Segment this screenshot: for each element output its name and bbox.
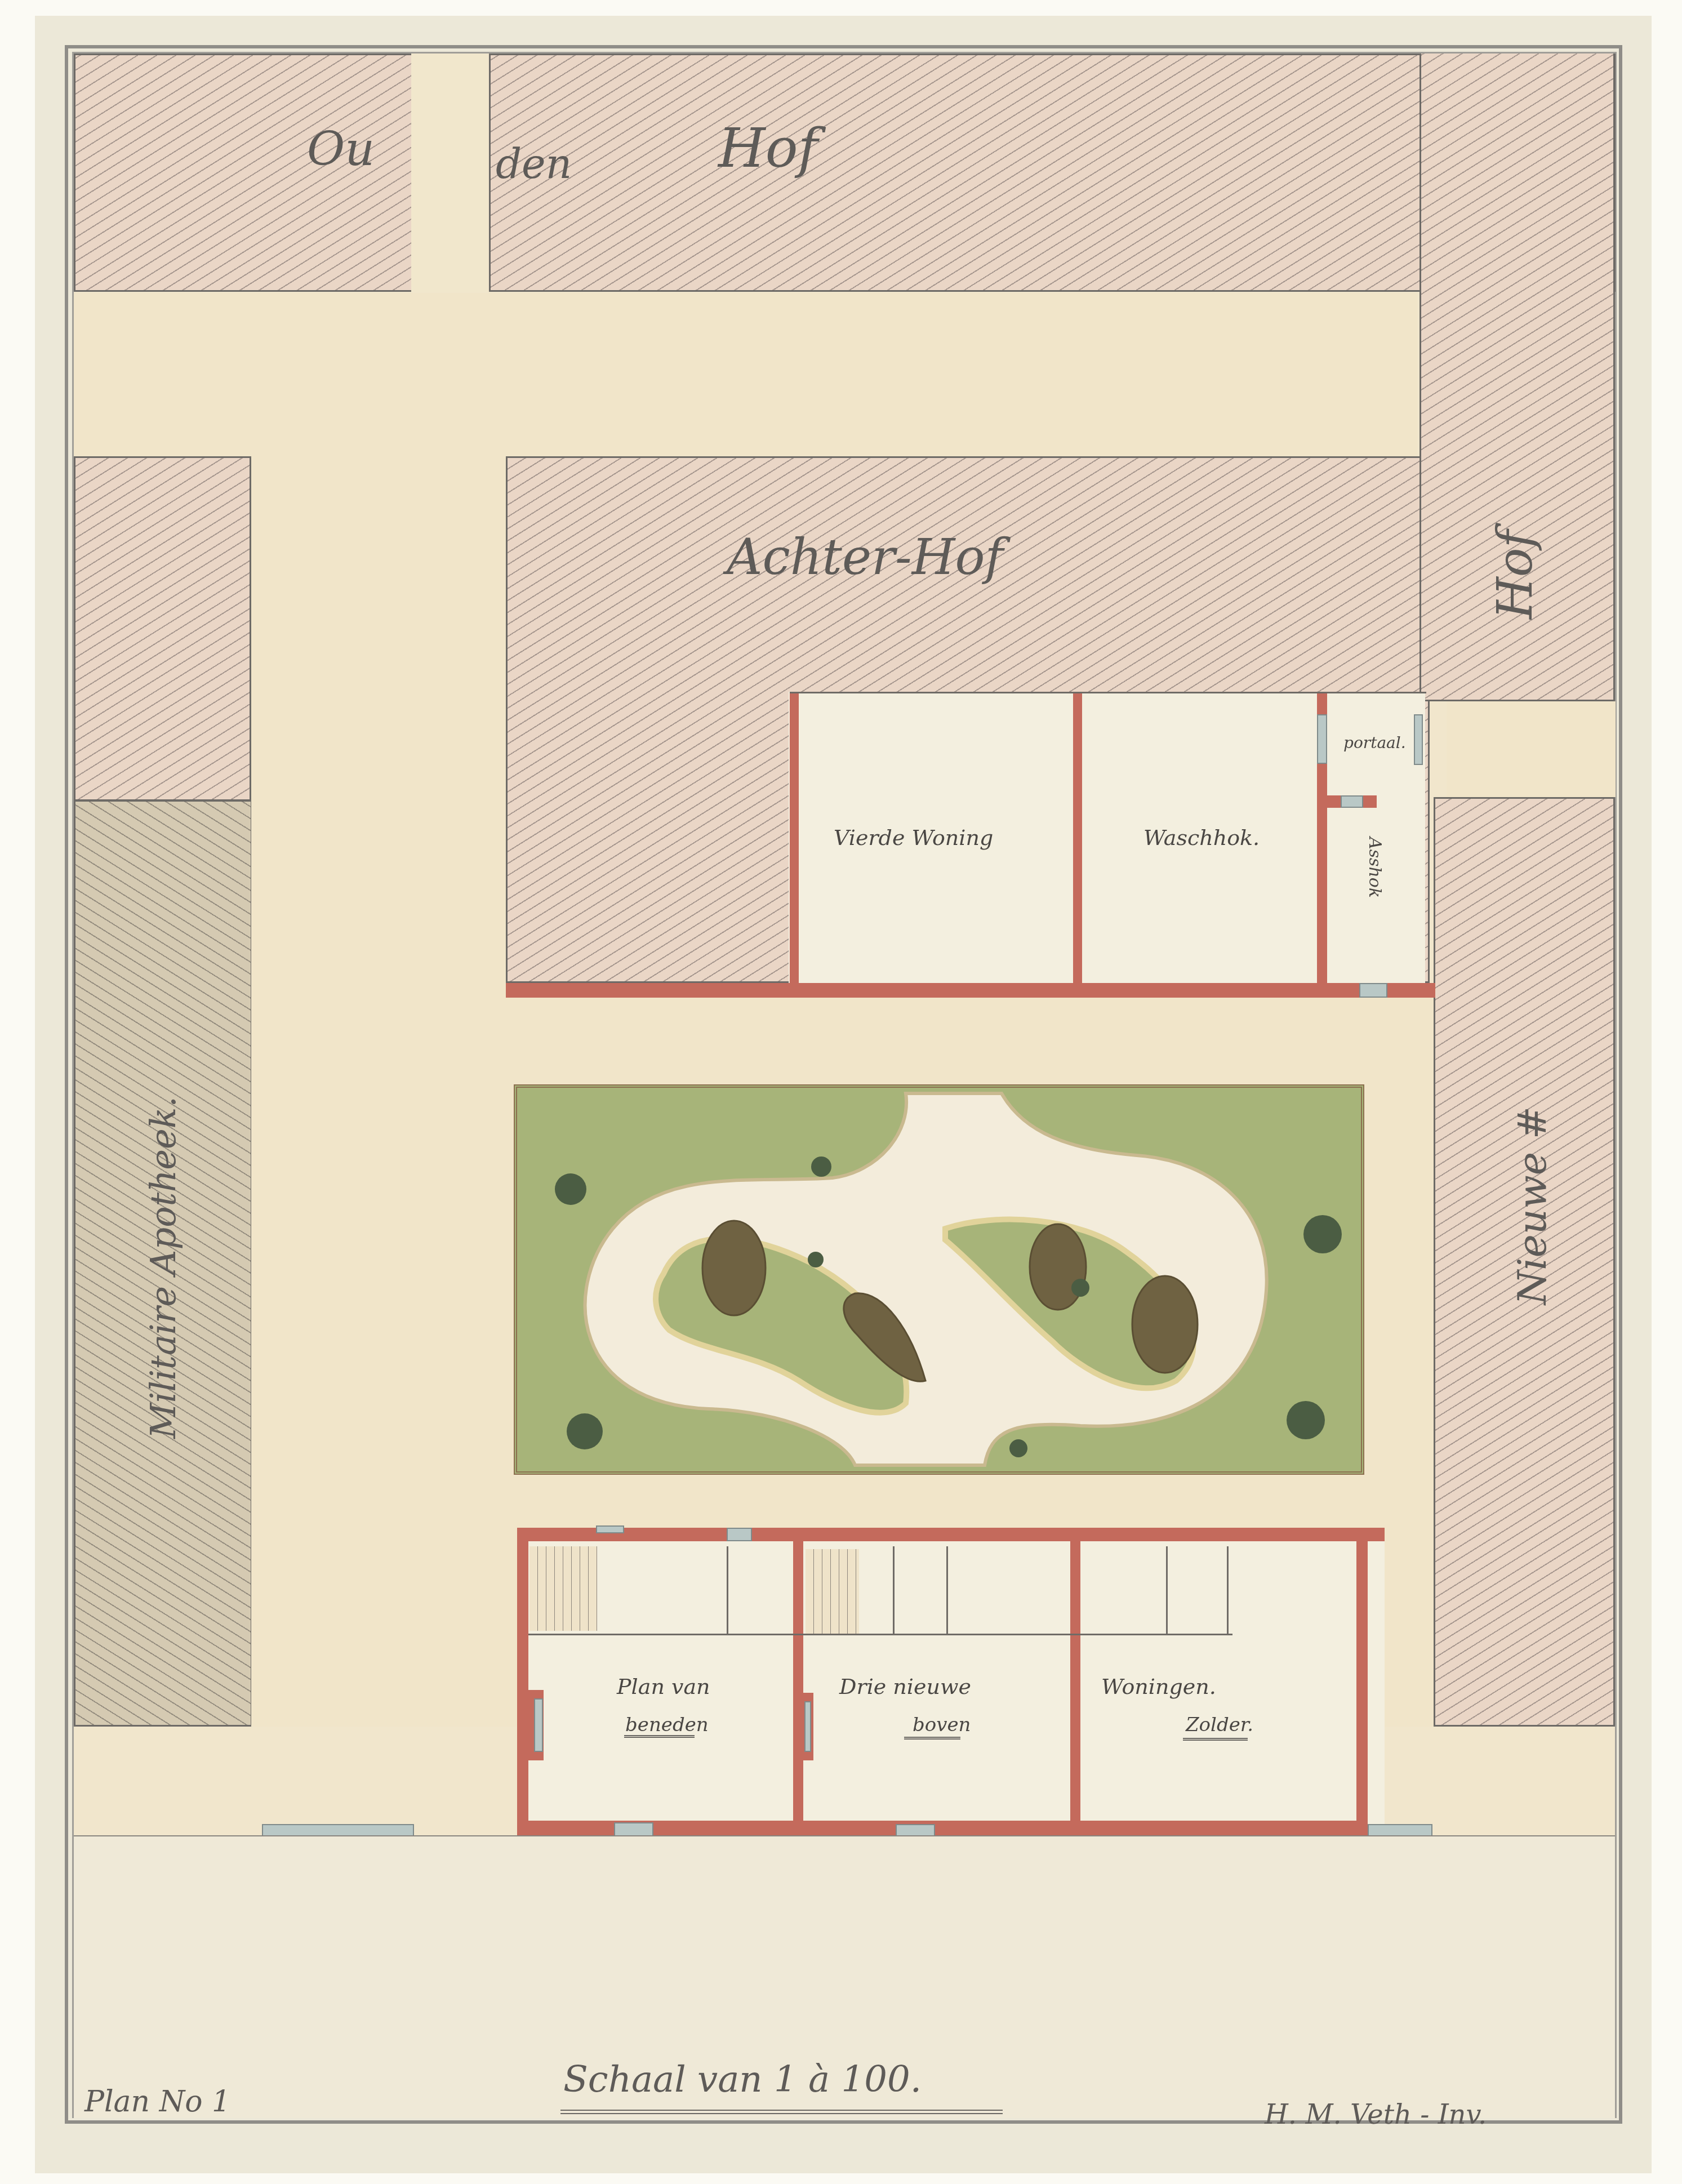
underline-zolder <box>1183 1738 1248 1741</box>
garden-plan <box>517 1088 1361 1471</box>
fireplace-1-hearth <box>534 1698 543 1752</box>
partition-line <box>727 1546 728 1634</box>
scale-underline <box>560 2110 1003 2114</box>
label-ou: Ou <box>307 127 375 173</box>
back-door <box>727 1528 752 1541</box>
fireplace-2-hearth <box>804 1701 811 1752</box>
room-asshok: Asshok <box>1366 837 1383 898</box>
wall <box>1317 764 1327 985</box>
partition-line <box>1227 1546 1229 1634</box>
top-courtyard-left <box>74 54 451 292</box>
upper-building-south-wall <box>506 983 1435 998</box>
wall <box>1327 795 1341 808</box>
wall <box>1070 1528 1080 1835</box>
label-hof-right: Hof <box>1491 530 1539 620</box>
partition-line <box>1166 1546 1168 1634</box>
title-word-3: Woningen. <box>1101 1676 1216 1697</box>
plan-number: Plan No 1 <box>84 2087 230 2116</box>
staircase-2 <box>806 1549 859 1634</box>
wall <box>1317 692 1327 714</box>
staircase-1 <box>529 1546 597 1631</box>
floor-zolder: Zolder. <box>1186 1715 1253 1734</box>
floor-beneden: beneden <box>625 1715 709 1734</box>
lower-building-north-wall <box>517 1528 1385 1541</box>
street-windows-left <box>262 1824 414 1836</box>
street-line <box>74 1835 1615 1836</box>
door-asshok-south <box>1359 983 1387 998</box>
right-passage <box>1447 701 1616 797</box>
door-portaal-east <box>1414 714 1423 765</box>
wall <box>1363 795 1377 808</box>
label-achter-hof: Achter-Hof <box>727 532 1003 582</box>
room-waschhok: Waschhok. <box>1143 827 1260 848</box>
street-windows-right <box>1368 1824 1432 1836</box>
window <box>596 1525 624 1533</box>
room-vierde-woning: Vierde Woning <box>834 827 993 848</box>
room-portaal: portaal. <box>1343 735 1406 751</box>
left-neighbour-block <box>74 456 251 801</box>
wall <box>793 1528 803 1835</box>
title-word-1: Plan van <box>617 1676 710 1697</box>
wall <box>517 1528 528 1835</box>
underline-boven <box>904 1737 960 1740</box>
partition-line <box>893 1546 895 1634</box>
label-militaire-apotheek: Militaire Apotheek. <box>146 1096 181 1439</box>
top-passage <box>411 54 487 292</box>
central-yard-left <box>251 456 506 1727</box>
upper-building-north-line <box>790 692 1426 693</box>
label-nieuwe: Nieuwe # <box>1512 1106 1552 1305</box>
label-den: den <box>496 144 572 184</box>
partition-line <box>946 1546 948 1634</box>
wall <box>1073 692 1082 985</box>
door-asshok <box>1341 795 1363 808</box>
back-lane <box>74 293 1417 456</box>
partition-line <box>528 1634 1232 1635</box>
title-word-2: Drie nieuwe <box>839 1676 971 1697</box>
signature: H. M. Veth - Inv. <box>1265 2101 1487 2128</box>
wall <box>790 692 799 985</box>
label-hof-top: Hof <box>718 121 818 175</box>
floor-boven: boven <box>913 1715 971 1734</box>
underline-beneden <box>624 1735 695 1738</box>
door-portaal <box>1317 714 1327 764</box>
scale-label: Schaal van 1 à 100. <box>563 2062 922 2098</box>
wall <box>1356 1528 1368 1835</box>
